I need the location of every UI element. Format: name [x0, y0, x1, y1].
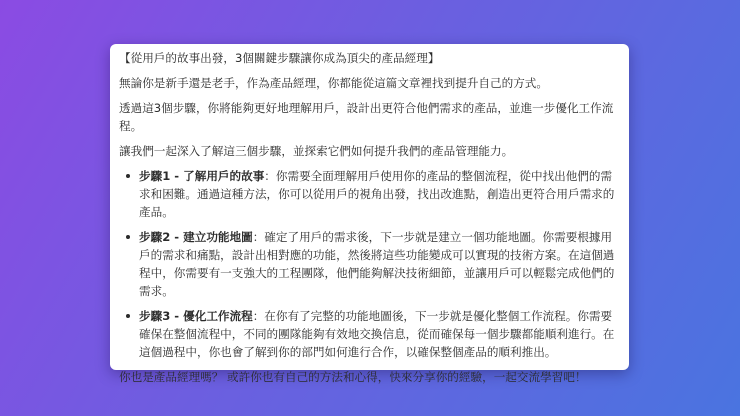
step-heading: 步驟1 - 了解用戶的故事: [139, 169, 264, 183]
closing-paragraph: 你也是產品經理嗎？ 或許你也有自己的方法和心得，快來分享你的經驗，一起交流學習吧…: [119, 368, 619, 386]
step-heading: 步驟2 - 建立功能地圖: [139, 230, 253, 244]
intro-paragraph-2: 透過這3個步驟，你將能夠更好地理解用戶，設計出更符合他們需求的產品，並進一步優化…: [119, 99, 619, 135]
post-card: 【從用戶的故事出發，3個關鍵步驟讓你成為頂尖的產品經理】 無論你是新手還是老手，…: [110, 44, 629, 370]
step-item-1: 步驟1 - 了解用戶的故事：你需要全面理解用戶使用你的產品的整個流程，從中找出他…: [139, 167, 619, 221]
intro-paragraph-3: 讓我們一起深入了解這三個步驟，並探索它們如何提升我們的產品管理能力。: [119, 142, 619, 160]
step-heading: 步驟3 - 優化工作流程: [139, 309, 253, 323]
post-title: 【從用戶的故事出發，3個關鍵步驟讓你成為頂尖的產品經理】: [119, 49, 619, 67]
step-item-3: 步驟3 - 優化工作流程：在你有了完整的功能地圖後，下一步就是優化整個工作流程。…: [139, 307, 619, 361]
intro-paragraph-1: 無論你是新手還是老手，作為產品經理，你都能從這篇文章裡找到提升自己的方式。: [119, 74, 619, 92]
steps-list: 步驟1 - 了解用戶的故事：你需要全面理解用戶使用你的產品的整個流程，從中找出他…: [119, 167, 619, 361]
step-item-2: 步驟2 - 建立功能地圖：確定了用戶的需求後，下一步就是建立一個功能地圖。你需要…: [139, 228, 619, 300]
